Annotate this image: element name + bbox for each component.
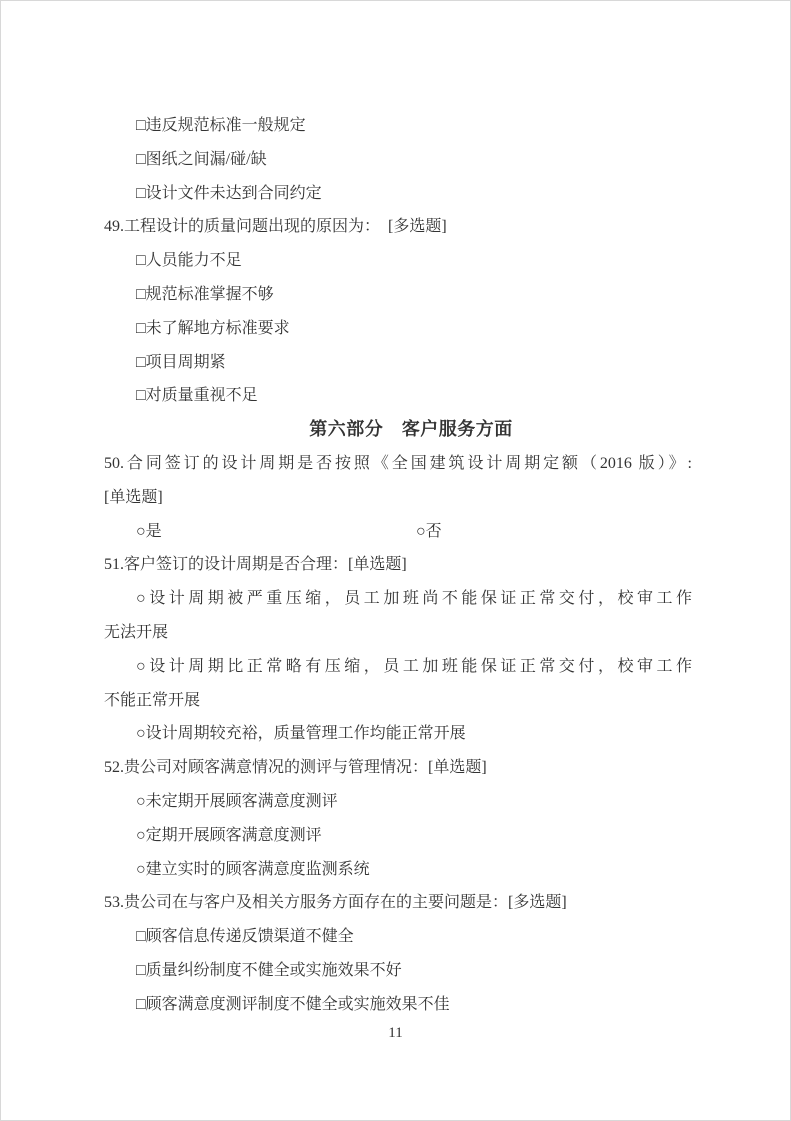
checkbox-icon[interactable]: □ (136, 962, 146, 979)
option-label: 否 (426, 523, 442, 540)
radio-icon[interactable]: ○ (136, 793, 146, 810)
section-heading: 第六部分 客户服务方面 (104, 413, 692, 447)
option-label: 是 (146, 523, 162, 540)
checkbox-icon[interactable]: □ (136, 286, 146, 303)
checkbox-option[interactable]: □质量纠纷制度不健全或实施效果不好 (104, 954, 692, 988)
checkbox-option[interactable]: □设计文件未达到合同约定 (104, 177, 692, 211)
option-label: 未定期开展顾客满意度测评 (146, 793, 338, 810)
question-text-continuation: 无法开展 (104, 616, 692, 650)
radio-option[interactable]: ○设计周期较充裕，质量管理工作均能正常开展 (104, 717, 692, 751)
radio-option[interactable]: ○建立实时的顾客满意度监测系统 (104, 853, 692, 887)
option-label: 设计周期较充裕，质量管理工作均能正常开展 (146, 725, 466, 742)
checkbox-icon[interactable]: □ (136, 252, 146, 269)
question-text-continuation: [单选题] (104, 481, 692, 515)
question-text: 53.贵公司在与客户及相关方服务方面存在的主要问题是：[多选题] (104, 886, 692, 920)
option-label: 顾客信息传递反馈渠道不健全 (146, 928, 354, 945)
radio-icon[interactable]: ○ (136, 725, 146, 742)
radio-option[interactable]: ○设计周期比正常略有压缩，员工加班能保证正常交付，校审工作 (104, 650, 692, 684)
option-label: 定期开展顾客满意度测评 (146, 827, 322, 844)
checkbox-option[interactable]: □顾客信息传递反馈渠道不健全 (104, 920, 692, 954)
content: □违反规范标准一般规定□图纸之间漏/碰/缺□设计文件未达到合同约定49.工程设计… (104, 109, 692, 1022)
radio-option[interactable]: ○设计周期被严重压缩，员工加班尚不能保证正常交付，校审工作 (104, 582, 692, 616)
radio-option[interactable]: ○定期开展顾客满意度测评 (104, 819, 692, 853)
radio-icon[interactable]: ○ (136, 523, 146, 540)
option-label: 质量纠纷制度不健全或实施效果不好 (146, 962, 402, 979)
question-text: 51.客户签订的设计周期是否合理：[单选题] (104, 548, 692, 582)
radio-option[interactable]: ○未定期开展顾客满意度测评 (104, 785, 692, 819)
question-text: 49.工程设计的质量问题出现的原因为： [多选题] (104, 210, 692, 244)
radio-icon[interactable]: ○ (136, 827, 146, 844)
checkbox-icon[interactable]: □ (136, 185, 146, 202)
question-text: 52.贵公司对顾客满意情况的测评与管理情况：[单选题] (104, 751, 692, 785)
option-label: 设计周期比正常略有压缩，员工加班能保证正常交付，校审工作 (149, 658, 692, 675)
radio-icon[interactable]: ○ (416, 523, 426, 540)
radio-option-yes[interactable]: ○是 (136, 515, 416, 549)
page-number: 11 (1, 1023, 790, 1043)
radio-icon[interactable]: ○ (136, 658, 149, 675)
checkbox-option[interactable]: □规范标准掌握不够 (104, 278, 692, 312)
checkbox-icon[interactable]: □ (136, 996, 146, 1013)
option-label: 人员能力不足 (146, 252, 242, 269)
radio-icon[interactable]: ○ (136, 861, 146, 878)
option-label: 图纸之间漏/碰/缺 (146, 151, 267, 168)
checkbox-option[interactable]: □顾客满意度测评制度不健全或实施效果不佳 (104, 988, 692, 1022)
checkbox-option[interactable]: □图纸之间漏/碰/缺 (104, 143, 692, 177)
option-label: 顾客满意度测评制度不健全或实施效果不佳 (146, 996, 450, 1013)
radio-pair: ○是○否 (104, 515, 692, 549)
option-label: 项目周期紧 (146, 354, 226, 371)
option-label: 设计周期被严重压缩，员工加班尚不能保证正常交付，校审工作 (149, 590, 692, 607)
checkbox-option[interactable]: □项目周期紧 (104, 346, 692, 380)
radio-option-no[interactable]: ○否 (416, 515, 442, 549)
checkbox-option[interactable]: □人员能力不足 (104, 244, 692, 278)
option-label: 对质量重视不足 (146, 387, 258, 404)
checkbox-option[interactable]: □对质量重视不足 (104, 379, 692, 413)
checkbox-icon[interactable]: □ (136, 928, 146, 945)
checkbox-icon[interactable]: □ (136, 117, 146, 134)
checkbox-icon[interactable]: □ (136, 387, 146, 404)
checkbox-option[interactable]: □未了解地方标准要求 (104, 312, 692, 346)
option-label: 建立实时的顾客满意度监测系统 (146, 861, 370, 878)
radio-icon[interactable]: ○ (136, 590, 149, 607)
option-label: 违反规范标准一般规定 (146, 117, 306, 134)
option-label: 设计文件未达到合同约定 (146, 185, 322, 202)
checkbox-option[interactable]: □违反规范标准一般规定 (104, 109, 692, 143)
checkbox-icon[interactable]: □ (136, 320, 146, 337)
document-page: □违反规范标准一般规定□图纸之间漏/碰/缺□设计文件未达到合同约定49.工程设计… (0, 0, 791, 1121)
question-text: 50.合同签订的设计周期是否按照《全国建筑设计周期定额（2016 版）》: (104, 447, 692, 481)
option-label: 规范标准掌握不够 (146, 286, 274, 303)
checkbox-icon[interactable]: □ (136, 151, 146, 168)
option-label: 未了解地方标准要求 (146, 320, 290, 337)
checkbox-icon[interactable]: □ (136, 354, 146, 371)
question-text-continuation: 不能正常开展 (104, 684, 692, 718)
